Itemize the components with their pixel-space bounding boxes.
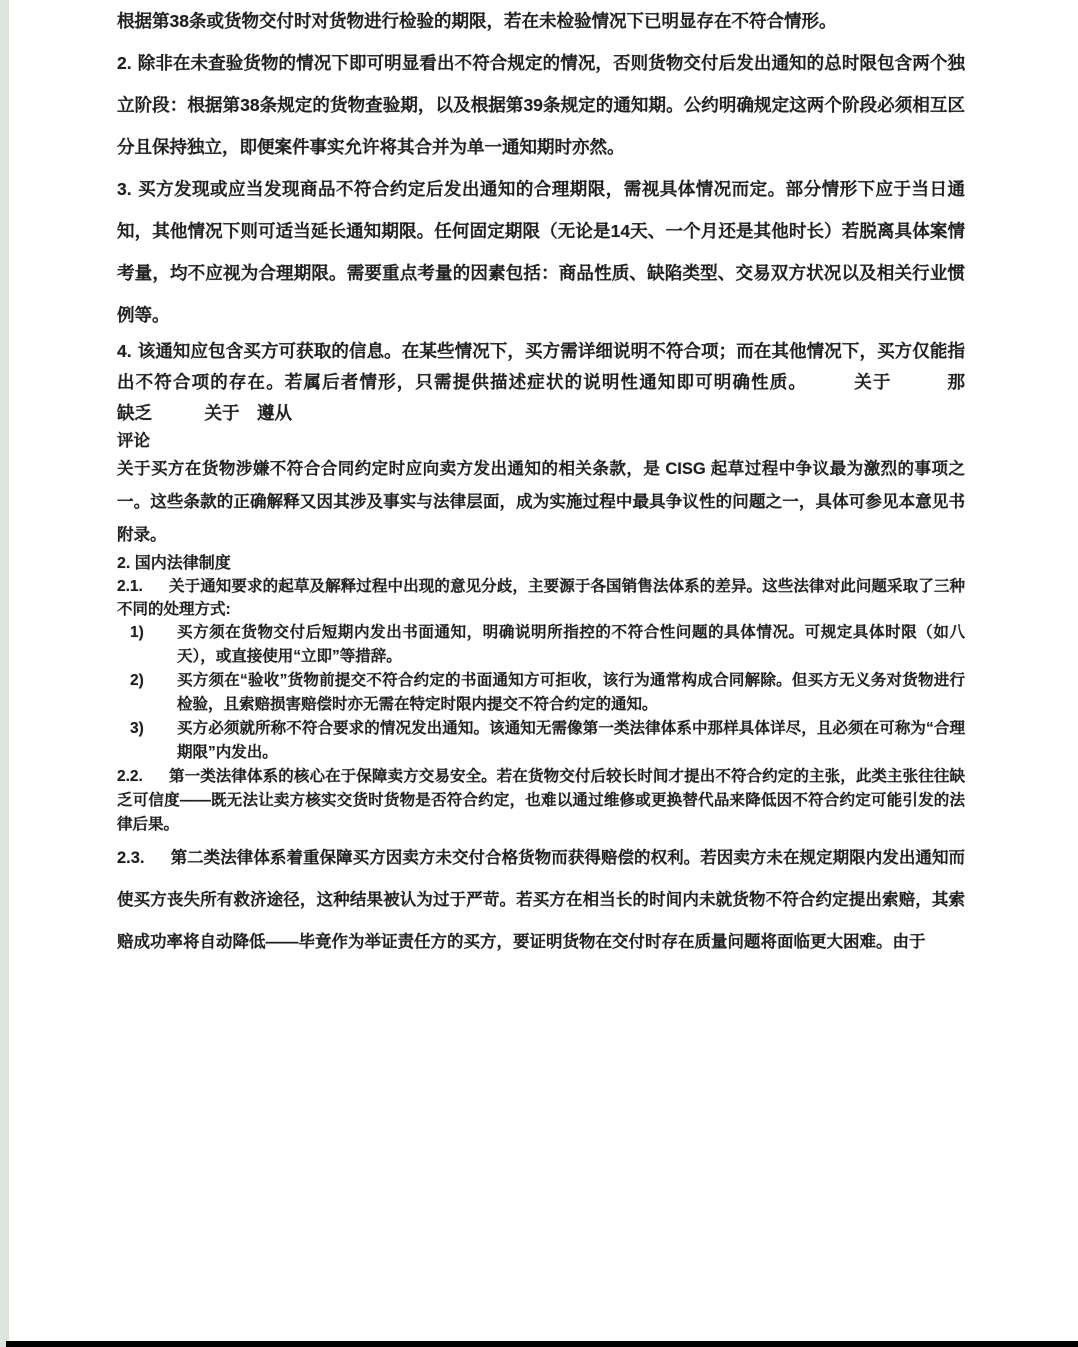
paragraph-number: 2. bbox=[117, 53, 132, 73]
list-item: 1) 买方须在货物交付后短期内发出书面通知，明确说明所指控的不符合性问题的具体情… bbox=[117, 621, 965, 669]
paragraph-2-1: 2.1.关于通知要求的起草及解释过程中出现的意见分歧，主要源于各国销售法体系的差… bbox=[117, 576, 965, 621]
document-body: 根据第38条或货物交付时对货物进行检验的期限，若在未检验情况下已明显存在不符合情… bbox=[117, 0, 965, 963]
numbered-paragraph-4: 4.该通知应包含买方可获取的信息。在某些情况下，买方需详细说明不符合项；而在其他… bbox=[117, 336, 965, 429]
paragraph-text: 该通知应包含买方可获取的信息。在某些情况下，买方需详细说明不符合项；而在其他情况… bbox=[117, 341, 1018, 423]
numbered-paragraph-2: 2.除非在未查验货物的情况下即可明显看出不符合规定的情况，否则货物交付后发出通知… bbox=[117, 42, 965, 168]
comments-heading: 评论 bbox=[117, 429, 965, 453]
paragraph-text: 第一类法律体系的核心在于保障卖方交易安全。若在货物交付后较长时间才提出不符合约定… bbox=[117, 768, 965, 833]
list-item: 3) 买方必须就所称不符合要求的情况发出通知。该通知无需像第一类法律体系中那样具… bbox=[117, 717, 965, 765]
intro-paragraph: 根据第38条或货物交付时对货物进行检验的期限，若在未检验情况下已明显存在不符合情… bbox=[117, 0, 965, 42]
paragraph-text: 买方发现或应当发现商品不符合约定后发出通知的合理期限，需视具体情况而定。部分情形… bbox=[117, 179, 965, 325]
page-left-edge-shadow bbox=[0, 0, 9, 1347]
numbered-paragraph-3: 3.买方发现或应当发现商品不符合约定后发出通知的合理期限，需视具体情况而定。部分… bbox=[117, 168, 965, 336]
paragraph-2-2: 2.2.第一类法律体系的核心在于保障卖方交易安全。若在货物交付后较长时间才提出不… bbox=[117, 765, 965, 837]
list-item-number: 3) bbox=[117, 717, 177, 765]
paragraph-text: 第二类法律体系着重保障买方因卖方未交付合格货物而获得赔偿的权利。若因卖方未在规定… bbox=[117, 849, 965, 951]
list-item-number: 1) bbox=[117, 621, 177, 669]
section-2-heading: 2. 国内法律制度 bbox=[117, 552, 965, 576]
legal-systems-list: 1) 买方须在货物交付后短期内发出书面通知，明确说明所指控的不符合性问题的具体情… bbox=[117, 621, 965, 765]
list-item-text: 买方须在货物交付后短期内发出书面通知，明确说明所指控的不符合性问题的具体情况。可… bbox=[177, 621, 965, 669]
comments-paragraph: 关于买方在货物涉嫌不符合合同约定时应向卖方发出通知的相关条款，是 CISG 起草… bbox=[117, 453, 965, 552]
paragraph-number: 2.2. bbox=[117, 768, 143, 785]
list-item-text: 买方必须就所称不符合要求的情况发出通知。该通知无需像第一类法律体系中那样具体详尽… bbox=[177, 717, 965, 765]
paragraph-text: 除非在未查验货物的情况下即可明显看出不符合规定的情况，否则货物交付后发出通知的总… bbox=[117, 53, 965, 157]
page-bottom-black-bar bbox=[6, 1341, 1078, 1347]
paragraph-number: 3. bbox=[117, 179, 132, 199]
paragraph-number: 4. bbox=[117, 341, 132, 361]
paragraph-number: 2.3. bbox=[117, 849, 145, 867]
list-item-text: 买方须在“验收”货物前提交不符合约定的书面通知方可拒收，该行为通常构成合同解除。… bbox=[177, 669, 965, 717]
paragraph-2-3: 2.3.第二类法律体系着重保障买方因卖方未交付合格货物而获得赔偿的权利。若因卖方… bbox=[117, 837, 965, 963]
list-item-number: 2) bbox=[117, 669, 177, 717]
paragraph-text: 关于通知要求的起草及解释过程中出现的意见分歧，主要源于各国销售法体系的差异。这些… bbox=[117, 578, 965, 618]
paragraph-number: 2.1. bbox=[117, 578, 143, 595]
list-item: 2) 买方须在“验收”货物前提交不符合约定的书面通知方可拒收，该行为通常构成合同… bbox=[117, 669, 965, 717]
scanned-document-page: { "page": { "colors": { "paper": "#fffff… bbox=[0, 0, 1078, 1347]
